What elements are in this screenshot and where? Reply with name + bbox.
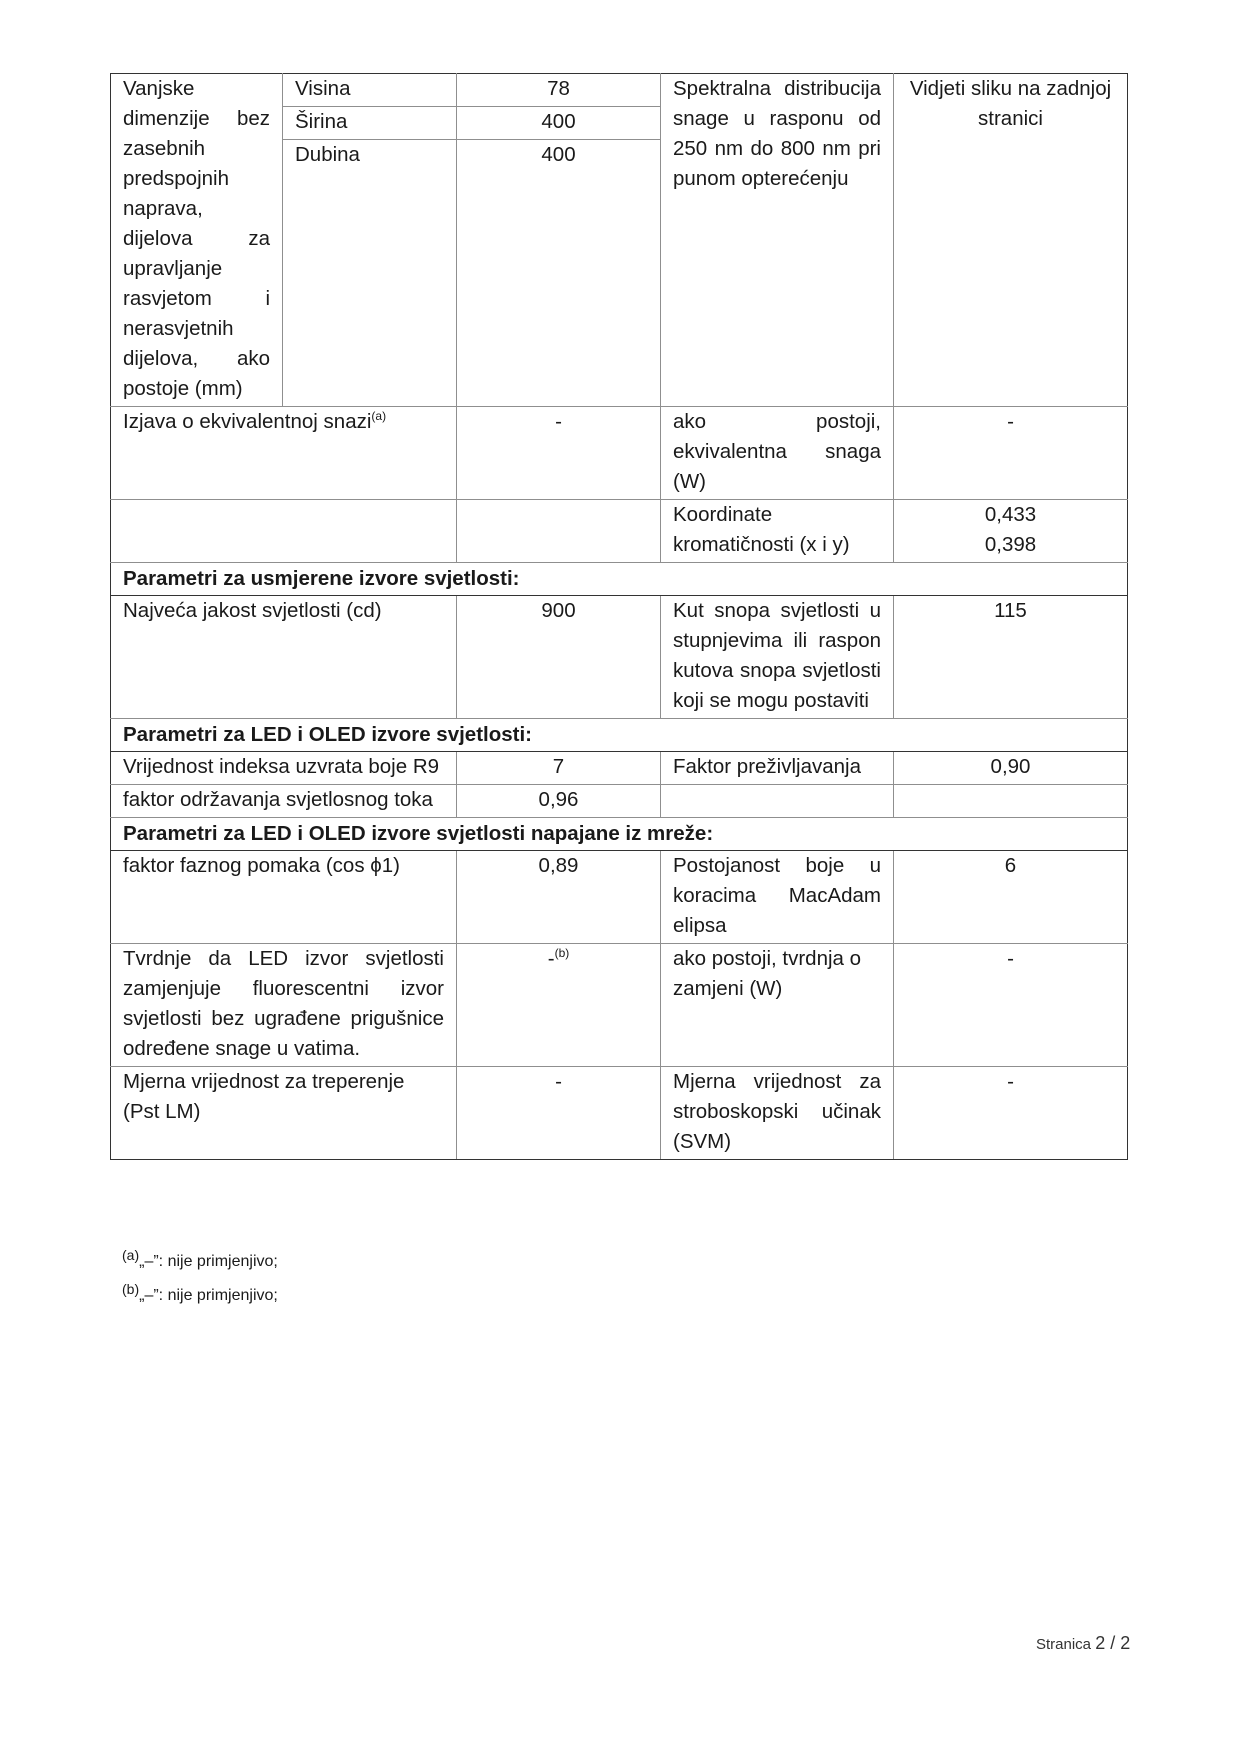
table-row-directional: Najveća jakost svjetlosti (cd) 900 Kut s…	[111, 596, 1128, 719]
equivalent-wattage-label: ako postoji, ekvivalentna snaga (W)	[661, 407, 894, 500]
document-page: Vanjske dimenzije bez zasebnih predspojn…	[0, 0, 1241, 1754]
r9-label: Vrijednost indeksa uzvrata boje R9	[111, 752, 457, 785]
survival-factor-value: 0,90	[894, 752, 1128, 785]
spec-table: Vanjske dimenzije bez zasebnih predspojn…	[110, 73, 1128, 1160]
chromaticity-value: 0,4330,398	[894, 500, 1128, 563]
displacement-factor-label: faktor faznog pomaka (cos ϕ1)	[111, 851, 457, 944]
peak-intensity-value: 900	[457, 596, 661, 719]
table-row-dimensions: Vanjske dimenzije bez zasebnih predspojn…	[111, 74, 1128, 107]
page-number: Stranica 2 / 2	[1036, 1633, 1130, 1654]
displacement-factor-value: 0,89	[457, 851, 661, 944]
section-header-mains: Parametri za LED i OLED izvore svjetlost…	[111, 818, 1128, 851]
table-row-fluorescent-replacement: Tvrdnje da LED izvor svjetlosti zamjenju…	[111, 944, 1128, 1067]
fluorescent-replacement-label: Tvrdnje da LED izvor svjetlosti zamjenju…	[111, 944, 457, 1067]
table-row-equivalent-power: Izjava o ekvivalentnoj snazi(a) - ako po…	[111, 407, 1128, 500]
empty-cell	[661, 785, 894, 818]
empty-cell	[457, 500, 661, 563]
dimension-value-width: 400	[457, 107, 661, 140]
stroboscopic-value: -	[894, 1067, 1128, 1160]
dimension-value-height: 78	[457, 74, 661, 107]
dimension-name-height: Visina	[283, 74, 457, 107]
section-title-mains: Parametri za LED i OLED izvore svjetlost…	[111, 818, 1128, 851]
peak-intensity-label: Najveća jakost svjetlosti (cd)	[111, 596, 457, 719]
empty-cell	[111, 500, 457, 563]
section-header-led-oled: Parametri za LED i OLED izvore svjetlost…	[111, 719, 1128, 752]
equivalent-power-label: Izjava o ekvivalentnoj snazi(a)	[111, 407, 457, 500]
colour-consistency-label: Postojanost boje u koracima MacAdam elip…	[661, 851, 894, 944]
dimension-name-depth: Dubina	[283, 140, 457, 407]
equivalent-power-value: -	[457, 407, 661, 500]
empty-cell	[894, 785, 1128, 818]
survival-factor-label: Faktor preživljavanja	[661, 752, 894, 785]
equivalent-wattage-value: -	[894, 407, 1128, 500]
dimension-name-width: Širina	[283, 107, 457, 140]
chromaticity-y: 0,398	[906, 530, 1115, 560]
r9-value: 7	[457, 752, 661, 785]
chromaticity-x: 0,433	[906, 500, 1115, 530]
fluorescent-replacement-value: -(b)	[457, 944, 661, 1067]
footnote-ref-b: (b)	[555, 946, 570, 960]
flicker-label: Mjerna vrijednost za treperenje (Pst LM)	[111, 1067, 457, 1160]
lumen-maintenance-value: 0,96	[457, 785, 661, 818]
stroboscopic-label: Mjerna vrijednost za stroboskopski učina…	[661, 1067, 894, 1160]
beam-angle-value: 115	[894, 596, 1128, 719]
chromaticity-label: Koordinate kromatičnosti (x i y)	[661, 500, 894, 563]
footnote-a: (a)„–”: nije primjenjivo;	[122, 1244, 278, 1280]
footnotes: (a)„–”: nije primjenjivo; (b)„–”: nije p…	[122, 1244, 278, 1314]
table-row-chromaticity: Koordinate kromatičnosti (x i y) 0,4330,…	[111, 500, 1128, 563]
spectral-value: Vidjeti sliku na zadnjoj stranici	[894, 74, 1128, 407]
footnote-ref-a: (a)	[371, 409, 386, 423]
flicker-value: -	[457, 1067, 661, 1160]
section-title-directional: Parametri za usmjerene izvore svjetlosti…	[111, 563, 1128, 596]
table-row-flicker: Mjerna vrijednost za treperenje (Pst LM)…	[111, 1067, 1128, 1160]
replacement-claim-value: -	[894, 944, 1128, 1067]
lumen-maintenance-label: faktor održavanja svjetlosnog toka	[111, 785, 457, 818]
colour-consistency-value: 6	[894, 851, 1128, 944]
section-title-led-oled: Parametri za LED i OLED izvore svjetlost…	[111, 719, 1128, 752]
beam-angle-label: Kut snopa svjetlosti u stupnjevima ili r…	[661, 596, 894, 719]
footnote-b: (b)„–”: nije primjenjivo;	[122, 1278, 278, 1314]
table-row-displacement-factor: faktor faznog pomaka (cos ϕ1) 0,89 Posto…	[111, 851, 1128, 944]
replacement-claim-label: ako postoji, tvrdnja o zamjeni (W)	[661, 944, 894, 1067]
dimensions-label: Vanjske dimenzije bez zasebnih predspojn…	[111, 74, 283, 407]
spectral-label: Spektralna distribucija snage u rasponu …	[661, 74, 894, 407]
dimension-value-depth: 400	[457, 140, 661, 407]
table-row-r9: Vrijednost indeksa uzvrata boje R9 7 Fak…	[111, 752, 1128, 785]
table-row-lumen-maintenance: faktor održavanja svjetlosnog toka 0,96	[111, 785, 1128, 818]
section-header-directional: Parametri za usmjerene izvore svjetlosti…	[111, 563, 1128, 596]
